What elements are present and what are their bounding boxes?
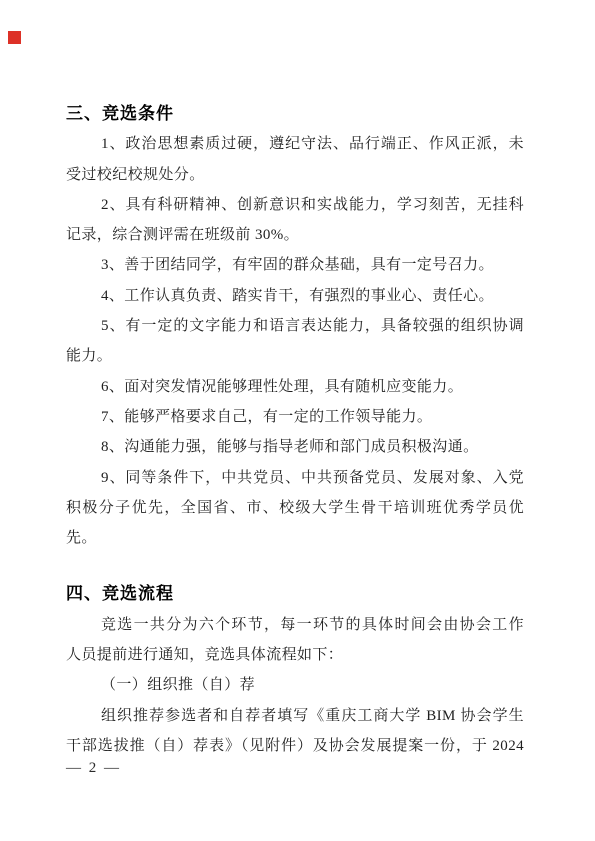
item-9-line-2: 积极分子优先，全国省、市、校级大学生骨干培训班优秀学员优 — [66, 493, 524, 523]
recommendation-line-1: 组织推荐参选者和自荐者填写《重庆工商大学 BIM 协会学生 — [66, 701, 524, 731]
document-page: 三、竞选条件 1、政治思想素质过硬，遵纪守法、品行端正、作风正派，未 受过校纪校… — [0, 0, 595, 841]
process-intro-line-2: 人员提前进行通知，竞选具体流程如下： — [66, 640, 524, 670]
item-5-line-1: 5、有一定的文字能力和语言表达能力，具备较强的组织协调 — [66, 311, 524, 341]
item-2-line-1: 2、具有科研精神、创新意识和实战能力，学习刻苦，无挂科 — [66, 190, 524, 220]
page-number: — 2 — — [66, 760, 121, 777]
red-mark-stamp — [8, 31, 21, 44]
subsection-1-heading: （一）组织推（自）荐 — [66, 670, 524, 700]
item-3: 3、善于团结同学，有牢固的群众基础，具有一定号召力。 — [66, 250, 524, 280]
item-7: 7、能够严格要求自己，有一定的工作领导能力。 — [66, 402, 524, 432]
item-8: 8、沟通能力强，能够与指导老师和部门成员积极沟通。 — [66, 432, 524, 462]
item-9-line-1: 9、同等条件下，中共党员、中共预备党员、发展对象、入党 — [66, 463, 524, 493]
document-body: 三、竞选条件 1、政治思想素质过硬，遵纪守法、品行端正、作风正派，未 受过校纪校… — [66, 99, 524, 761]
section-3-heading: 三、竞选条件 — [66, 99, 524, 129]
item-1-line-1: 1、政治思想素质过硬，遵纪守法、品行端正、作风正派，未 — [66, 129, 524, 159]
recommendation-line-2: 干部选拔推（自）荐表》（见附件）及协会发展提案一份，于 2024 — [66, 731, 524, 761]
item-9-line-3: 先。 — [66, 523, 524, 553]
item-2-line-2: 记录，综合测评需在班级前 30%。 — [66, 220, 524, 250]
item-1-line-2: 受过校纪校规处分。 — [66, 160, 524, 190]
item-6: 6、面对突发情况能够理性处理，具有随机应变能力。 — [66, 372, 524, 402]
process-intro-line-1: 竞选一共分为六个环节，每一环节的具体时间会由协会工作 — [66, 610, 524, 640]
item-5-line-2: 能力。 — [66, 341, 524, 371]
section-4-heading: 四、竞选流程 — [66, 579, 524, 609]
item-4: 4、工作认真负责、踏实肯干，有强烈的事业心、责任心。 — [66, 281, 524, 311]
